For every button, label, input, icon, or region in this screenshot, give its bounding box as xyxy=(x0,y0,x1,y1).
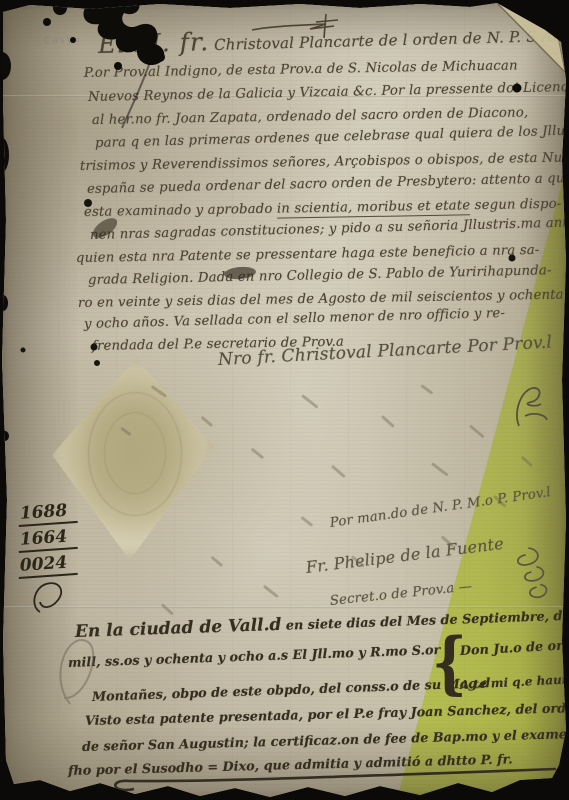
paper-sheet: CasVv El M. fr. Christoval Plancarte de … xyxy=(0,0,569,800)
corner-fold xyxy=(0,0,569,100)
ink-splash-icon xyxy=(0,0,569,800)
manuscript-scan: CasVv El M. fr. Christoval Plancarte de … xyxy=(0,0,569,800)
